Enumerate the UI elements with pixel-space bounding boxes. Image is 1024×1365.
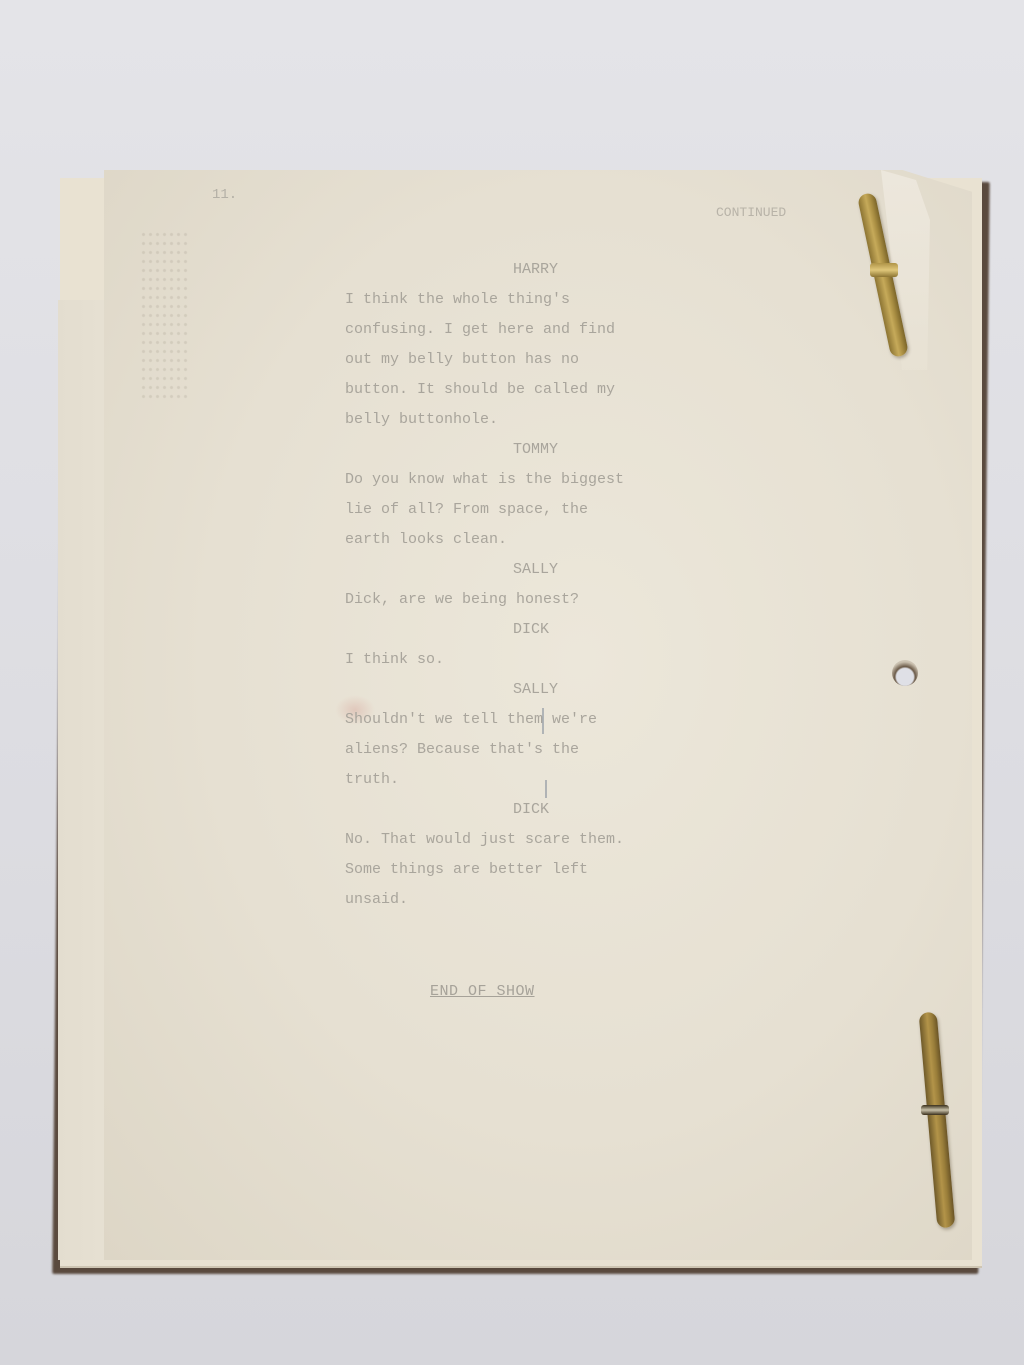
- dialogue-line: belly buttonhole.: [345, 405, 765, 435]
- dialogue-line: Some things are better left: [345, 855, 765, 885]
- character-name: TOMMY: [345, 435, 765, 465]
- dialogue-line: button. It should be called my: [345, 375, 765, 405]
- punch-hole: [892, 660, 918, 686]
- script-body: HARRY I think the whole thing's confusin…: [345, 255, 765, 915]
- dialogue-line: aliens? Because that's the: [345, 735, 765, 765]
- dialogue-line: Shouldn't we tell them we're: [345, 705, 765, 735]
- dialogue-line: I think the whole thing's: [345, 285, 765, 315]
- dialogue-line: Do you know what is the biggest: [345, 465, 765, 495]
- dialogue-line: I think so.: [345, 645, 765, 675]
- dialogue-line: unsaid.: [345, 885, 765, 915]
- fastener-clip-bottom: [921, 1105, 949, 1115]
- pen-mark: [542, 708, 544, 734]
- dialogue-line: truth.: [345, 765, 765, 795]
- character-name: SALLY: [345, 555, 765, 585]
- character-name: DICK: [345, 795, 765, 825]
- character-name: DICK: [345, 615, 765, 645]
- page-number: 11.: [212, 187, 237, 203]
- dialogue-line: confusing. I get here and find: [345, 315, 765, 345]
- dialogue-line: out my belly button has no: [345, 345, 765, 375]
- paper-specks: [140, 230, 190, 400]
- end-of-show-marker: END OF SHOW: [430, 983, 535, 1000]
- dialogue-line: lie of all? From space, the: [345, 495, 765, 525]
- continued-label: CONTINUED: [716, 205, 786, 220]
- pen-mark: [545, 780, 547, 798]
- character-name: HARRY: [345, 255, 765, 285]
- dialogue-line: Dick, are we being honest?: [345, 585, 765, 615]
- character-name: SALLY: [345, 675, 765, 705]
- dialogue-line: earth looks clean.: [345, 525, 765, 555]
- fastener-clip-top: [870, 263, 898, 277]
- dialogue-line: No. That would just scare them.: [345, 825, 765, 855]
